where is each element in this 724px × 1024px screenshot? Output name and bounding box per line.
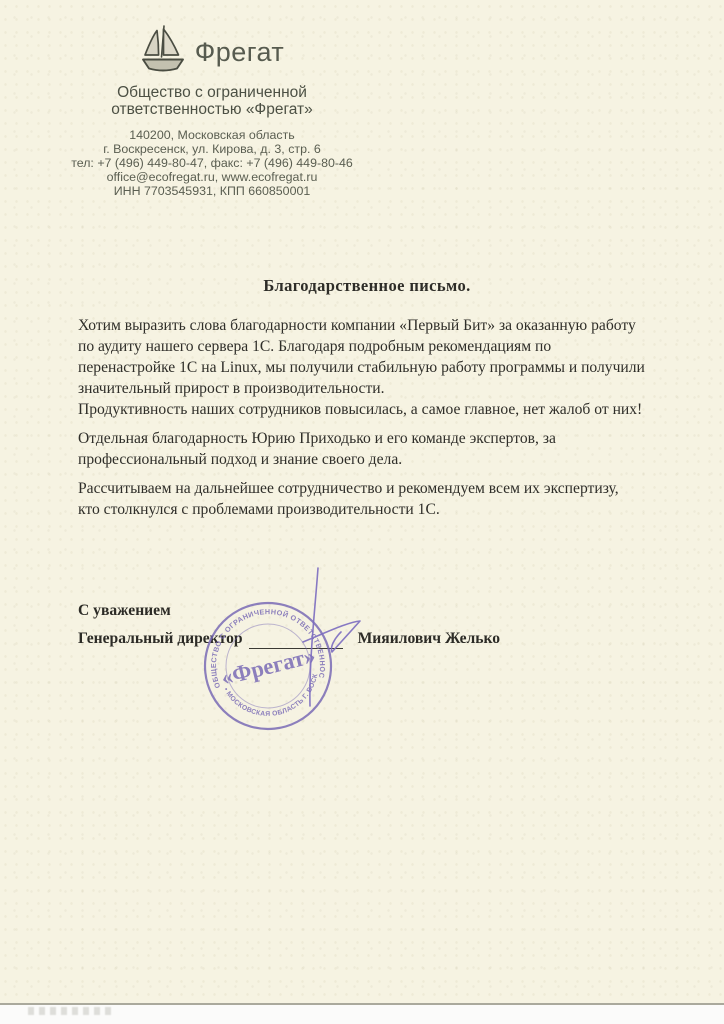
paragraph: Отдельная благодарность Юрию Приходько и… bbox=[78, 428, 668, 470]
sailboat-icon bbox=[140, 24, 186, 81]
paragraph-line: значительный прирост в производительност… bbox=[78, 378, 668, 399]
contact-line: office@ecofregat.ru, www.ecofregat.ru bbox=[42, 170, 382, 184]
paragraph-line: Отдельная благодарность Юрию Приходько и… bbox=[78, 428, 668, 449]
scan-artifact bbox=[28, 1007, 112, 1015]
paragraph-line: по аудиту нашего сервера 1С. Благодаря п… bbox=[78, 336, 668, 357]
handwritten-signature bbox=[280, 560, 380, 720]
contact-line: 140200, Московская область bbox=[42, 128, 382, 142]
paragraph: Хотим выразить слова благодарности компа… bbox=[78, 315, 668, 420]
scanned-letter: Фрегат Общество с ограниченнойответствен… bbox=[0, 0, 724, 1024]
contact-line: ИНН 7703545931, КПП 660850001 bbox=[42, 184, 382, 198]
letter-title: Благодарственное письмо. bbox=[78, 276, 656, 296]
letter-body: Хотим выразить слова благодарности компа… bbox=[78, 315, 668, 528]
contact-line: тел: +7 (496) 449-80-47, факс: +7 (496) … bbox=[42, 156, 382, 170]
company-name: Общество с ограниченнойответственностью … bbox=[42, 85, 382, 118]
logo-wordmark: Фрегат bbox=[195, 37, 285, 68]
letterhead: Фрегат Общество с ограниченнойответствен… bbox=[42, 24, 382, 198]
paragraph-line: Продуктивность наших сотрудников повысил… bbox=[78, 399, 668, 420]
paragraph-line: перенастройке 1С на Linux, мы получили с… bbox=[78, 357, 668, 378]
paragraph: Рассчитываем на дальнейшее сотрудничеств… bbox=[78, 478, 668, 520]
paper-sheet: Фрегат Общество с ограниченнойответствен… bbox=[0, 0, 724, 1005]
paragraph-line: кто столкнулся с проблемами производител… bbox=[78, 499, 668, 520]
paragraph-line: Рассчитываем на дальнейшее сотрудничеств… bbox=[78, 478, 668, 499]
paragraph-line: Хотим выразить слова благодарности компа… bbox=[78, 315, 668, 336]
company-name-line: ответственностью «Фрегат» bbox=[42, 102, 382, 119]
letterhead-contacts: 140200, Московская областьг. Воскресенск… bbox=[42, 128, 382, 198]
contact-line: г. Воскресенск, ул. Кирова, д. 3, стр. 6 bbox=[42, 142, 382, 156]
paragraph-line: профессиональный подход и знание своего … bbox=[78, 449, 668, 470]
company-name-line: Общество с ограниченной bbox=[42, 85, 382, 102]
logo: Фрегат bbox=[42, 24, 382, 81]
